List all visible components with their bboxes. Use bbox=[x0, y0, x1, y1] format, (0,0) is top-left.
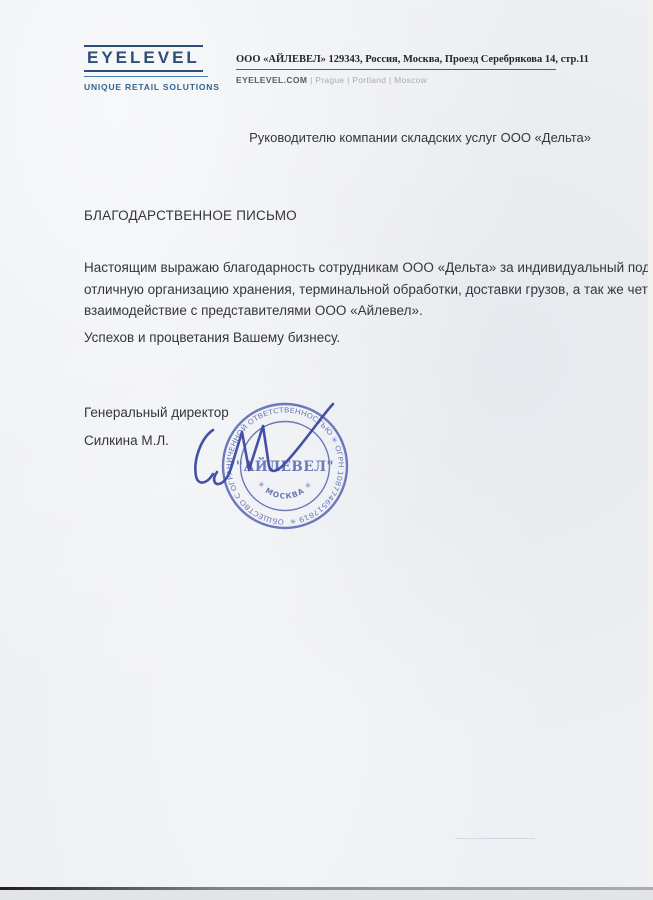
body-line: отличную организацию хранения, терминаль… bbox=[84, 279, 653, 301]
website-line: EYELEVEL.COM | Prague | Portland | Mosco… bbox=[236, 75, 566, 85]
scanner-background bbox=[0, 890, 653, 900]
signature-stroke bbox=[195, 430, 213, 483]
letter-body: Настоящим выражаю благодарность сотрудни… bbox=[84, 257, 653, 322]
addressee-line: Руководителю компании складских услуг ОО… bbox=[0, 130, 591, 145]
eyelevel-logo: EYELEVEL UNIQUE RETAIL SOLUTIONS bbox=[84, 45, 220, 92]
header-divider bbox=[236, 69, 556, 70]
body-line: Настоящим выражаю благодарность сотрудни… bbox=[84, 257, 653, 279]
website-cities: | Prague | Portland | Moscow bbox=[307, 75, 427, 85]
body-line: взаимодействие с представителями ООО «Ай… bbox=[84, 300, 653, 322]
signature-stroke bbox=[231, 404, 333, 471]
logo-tagline: UNIQUE RETAIL SOLUTIONS bbox=[84, 82, 220, 92]
signer-name: Силкина М.Л. bbox=[84, 433, 169, 448]
logo-divider bbox=[84, 76, 208, 77]
closing-wishes: Успехов и процветания Вашему бизнесу. bbox=[84, 330, 340, 345]
website-domain: EYELEVEL.COM bbox=[236, 75, 307, 85]
company-header: ООО «АЙЛЕВЕЛ» 129343, Россия, Москва, Пр… bbox=[236, 54, 566, 85]
letter-title: БЛАГОДАРСТВЕННОЕ ПИСЬМО bbox=[84, 208, 297, 223]
director-signature-ink bbox=[165, 390, 350, 510]
scan-right-edge bbox=[648, 0, 653, 900]
logo-wordmark: EYELEVEL bbox=[84, 45, 203, 72]
signature-stroke bbox=[214, 462, 233, 484]
company-address-line: ООО «АЙЛЕВЕЛ» 129343, Россия, Москва, Пр… bbox=[236, 54, 566, 65]
paper-crease-mark bbox=[455, 838, 535, 839]
scanned-letter-page: EYELEVEL UNIQUE RETAIL SOLUTIONS ООО «АЙ… bbox=[0, 0, 653, 900]
